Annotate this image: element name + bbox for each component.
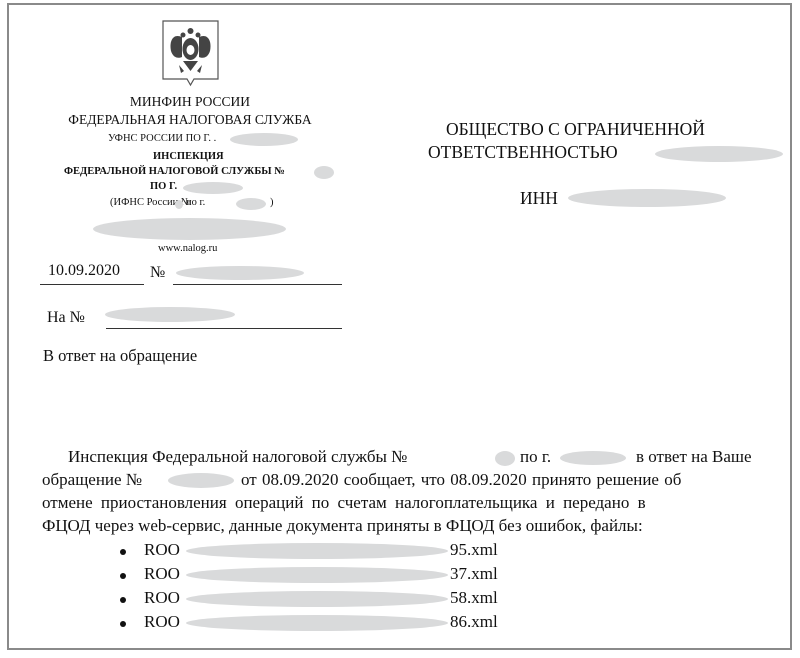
redaction-blob	[236, 198, 266, 210]
redaction-blob	[568, 189, 726, 207]
number-label: №	[150, 264, 165, 282]
inspection-line3: ПО Г.	[150, 181, 177, 192]
bullet-icon	[120, 549, 126, 555]
body-p1-c: в ответ на Ваше	[636, 447, 752, 467]
redaction-blob	[655, 146, 783, 162]
file-suffix: 58.xml	[450, 588, 498, 608]
redaction-blob	[186, 615, 448, 631]
website: www.nalog.ru	[158, 243, 217, 254]
file-prefix: ROO	[144, 588, 180, 608]
file-suffix: 95.xml	[450, 540, 498, 560]
inn-label: ИНН	[520, 188, 558, 209]
redaction-blob	[105, 307, 235, 322]
inspection-line2: ФЕДЕРАЛЬНОЙ НАЛОГОВОЙ СЛУЖБЫ №	[64, 166, 285, 177]
bullet-icon	[120, 573, 126, 579]
letter-date: 10.09.2020	[48, 262, 120, 280]
bullet-icon	[120, 621, 126, 627]
body-p1-a: Инспекция Федеральной налоговой службы №	[68, 447, 407, 467]
service-name: ФЕДЕРАЛЬНАЯ НАЛОГОВАЯ СЛУЖБА	[50, 112, 330, 128]
addressee-line1: ОБЩЕСТВО С ОГРАНИЧЕННОЙ	[446, 119, 705, 140]
ifns-short-suffix: )	[270, 197, 274, 208]
file-suffix: 37.xml	[450, 564, 498, 584]
body-p2-a: обращение №	[42, 470, 142, 490]
redaction-blob	[186, 591, 448, 607]
redaction-blob	[186, 567, 448, 583]
redaction-blob	[93, 218, 286, 240]
redaction-blob	[183, 182, 243, 194]
file-prefix: ROO	[144, 564, 180, 584]
subject-line: В ответ на обращение	[43, 346, 197, 366]
redaction-blob	[495, 451, 515, 466]
redaction-blob	[314, 166, 334, 179]
file-suffix: 86.xml	[450, 612, 498, 632]
body-p1-b: по г.	[520, 447, 551, 467]
file-prefix: ROO	[144, 540, 180, 560]
redaction-blob	[168, 473, 234, 488]
ref-underline	[106, 328, 342, 329]
redaction-blob	[186, 543, 448, 559]
redaction-blob	[560, 451, 626, 465]
file-prefix: ROO	[144, 612, 180, 632]
body-p4: ФЦОД через web-сервис, данные документа …	[42, 516, 643, 536]
addressee-line2: ОТВЕТСТВЕННОСТЬЮ	[428, 142, 618, 163]
ref-label: На №	[47, 309, 85, 327]
body-p2-b: от 08.09.2020 сообщает, что 08.09.2020 п…	[241, 470, 681, 490]
ufns-line: УФНС РОССИИ ПО Г. .	[108, 133, 216, 144]
body-p3: отмене приостановления операций по счета…	[42, 493, 646, 513]
inspection-line1: ИНСПЕКЦИЯ	[153, 151, 224, 162]
ifns-short-mid: по г.	[186, 197, 205, 208]
number-underline	[173, 284, 342, 285]
redaction-blob	[176, 266, 304, 280]
bullet-icon	[120, 597, 126, 603]
redaction-blob	[175, 200, 183, 209]
coat-of-arms-icon	[161, 19, 220, 89]
date-underline	[40, 284, 144, 285]
ministry-name: МИНФИН РОССИИ	[90, 94, 290, 110]
redaction-blob	[230, 133, 298, 146]
